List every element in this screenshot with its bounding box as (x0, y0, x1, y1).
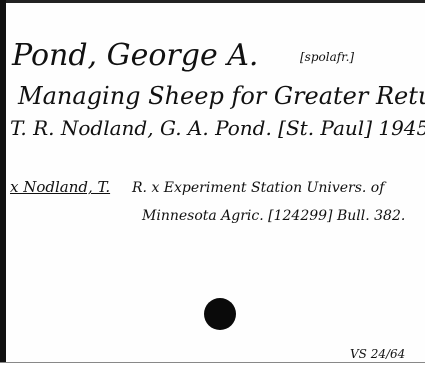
series-line-2: Minnesota Agric. [124299] Bull. 382. (142, 208, 405, 224)
added-entry: x Nodland, T. (10, 178, 110, 196)
subject-note: [spolafr.] (300, 50, 354, 64)
punch-hole (204, 298, 236, 330)
title-line: Managing Sheep for Greater Returns (18, 82, 425, 110)
author-heading: Pond, George A. (12, 38, 258, 73)
card-bottom-edge (0, 362, 425, 363)
imprint-line: T. R. Nodland, G. A. Pond. [St. Paul] 19… (10, 116, 425, 140)
series-line-1: R. x Experiment Station Univers. of (132, 180, 384, 196)
date-stamp: VS 24/64 (350, 347, 405, 361)
